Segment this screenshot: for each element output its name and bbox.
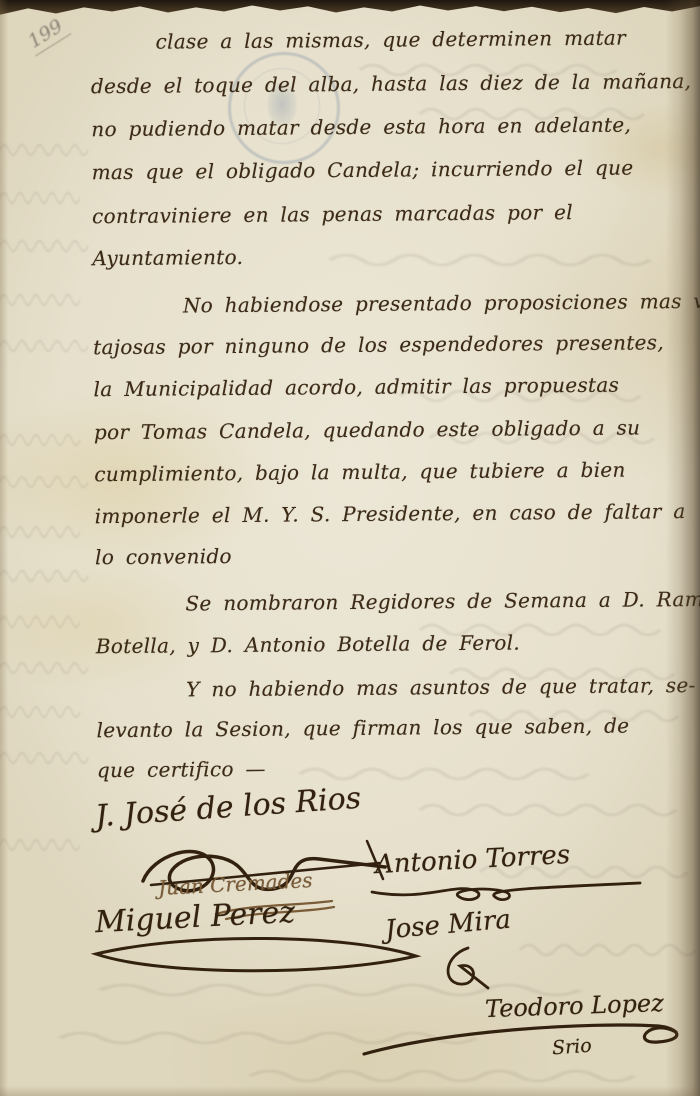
rubric-flourish [368,876,648,908]
rubric-flourish [88,932,428,982]
manuscript-line: Se nombraron Regidores de Semana a D. Ra… [185,587,700,616]
manuscript-line: levanto la Sesion, que firman los que sa… [96,714,629,743]
book-gutter-shadow [666,0,700,1096]
rubric-flourish [430,944,500,992]
manuscript-line: la Municipalidad acordo, admitir las pro… [94,373,620,402]
manuscript-line: por Tomas Candela, quedando este obligad… [94,415,641,444]
manuscript-page: 199 clase a las mismas, que determinen m… [0,0,700,1096]
manuscript-line: cumplimiento, bajo la multa, que tubiere… [94,458,626,487]
manuscript-line: desde el toque del alba, hasta las diez … [91,69,691,98]
manuscript-line: imponerle el M. Y. S. Presidente, en cas… [95,499,686,528]
manuscript-line: tajosas por ninguno de los espendedores … [93,330,664,359]
page-left-edge [0,0,8,1096]
manuscript-line: Botella, y D. Antonio Botella de Ferol. [96,631,520,659]
manuscript-line: que certifico — [97,757,266,782]
manuscript-line: lo convenido [95,544,232,569]
manuscript-line: Ayuntamiento. [92,245,243,270]
rubric-flourish [358,1012,693,1064]
secretary-abbreviation: Srio [551,1035,592,1060]
manuscript-line: Y no habiendo mas asuntos de que tratar,… [186,673,696,701]
page-bottom-edge [0,1086,700,1096]
manuscript-line: No habiendose presentado proposiciones m… [183,289,700,318]
manuscript-line: contraviniere en las penas marcadas por … [92,200,573,228]
manuscript-line: clase a las mismas, que determinen matar [155,26,626,54]
manuscript-line: no pudiendo matar desde esta hora en ade… [91,113,631,142]
manuscript-line: mas que el obligado Candela; incurriendo… [92,156,634,185]
